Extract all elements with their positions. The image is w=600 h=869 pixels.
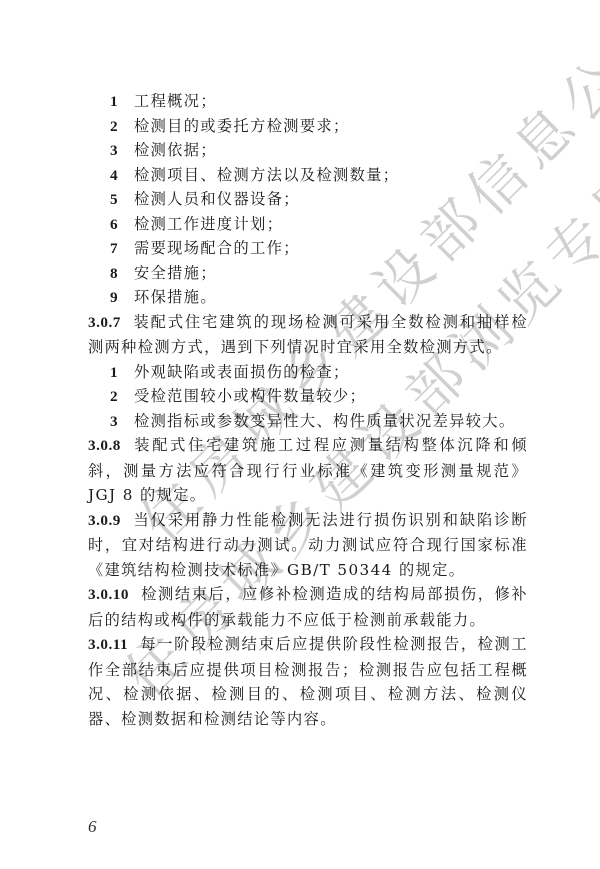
clause-number: 3.0.9 — [88, 512, 121, 529]
list-item: 1工程概况； — [88, 89, 528, 114]
list-item: 8安全措施； — [88, 261, 528, 286]
clause-3-0-7: 3.0.7装配式住宅建筑的现场检测可采用全数检测和抽样检测两种检测方式，遇到下列… — [88, 310, 528, 360]
clause-number: 3.0.8 — [88, 437, 121, 454]
list-item: 6检测工作进度计划； — [88, 212, 528, 237]
list-item: 7需要现场配合的工作； — [88, 236, 528, 261]
clause-3-0-9: 3.0.9当仅采用静力性能检测无法进行损伤识别和缺陷诊断时，宜对结构进行动力测试… — [88, 508, 528, 583]
clause-number: 3.0.11 — [88, 636, 128, 653]
list-item: 2检测目的或委托方检测要求； — [88, 114, 528, 139]
list-item: 1外观缺陷或表面损伤的检查； — [88, 360, 528, 385]
list-item: 4检测项目、检测方法以及检测数量； — [88, 163, 528, 188]
clause-number: 3.0.7 — [88, 314, 121, 331]
clause-3-0-8: 3.0.8装配式住宅建筑施工过程应测量结构整体沉降和倾斜，测量方法应符合现行行业… — [88, 433, 528, 508]
document-page: 住房城乡建设部信息公开 住房城乡建设部浏览专用 1工程概况； 2检测目的或委托方… — [0, 0, 600, 869]
clause-3-0-11: 3.0.11每一阶段检测结束后应提供阶段性检测报告，检测工作全部结束后应提供项目… — [88, 632, 528, 731]
page-number: 6 — [88, 817, 97, 837]
clause-number: 3.0.10 — [88, 586, 129, 603]
list-item: 3检测依据； — [88, 138, 528, 163]
list-item: 9环保措施。 — [88, 285, 528, 310]
list-item: 3检测指标或参数变异性大、构件质量状况差异较大。 — [88, 409, 528, 434]
document-body: 1工程概况； 2检测目的或委托方检测要求； 3检测依据； 4检测项目、检测方法以… — [88, 89, 528, 731]
report-content-list: 1工程概况； 2检测目的或委托方检测要求； 3检测依据； 4检测项目、检测方法以… — [88, 89, 528, 310]
list-item: 2受检范围较小或构件数量较少； — [88, 384, 528, 409]
clause-3-0-7-list: 1外观缺陷或表面损伤的检查； 2受检范围较小或构件数量较少； 3检测指标或参数变… — [88, 360, 528, 434]
clause-3-0-10: 3.0.10检测结束后，应修补检测造成的结构局部损伤，修补后的结构或构件的承载能… — [88, 582, 528, 632]
list-item: 5检测人员和仪器设备； — [88, 187, 528, 212]
